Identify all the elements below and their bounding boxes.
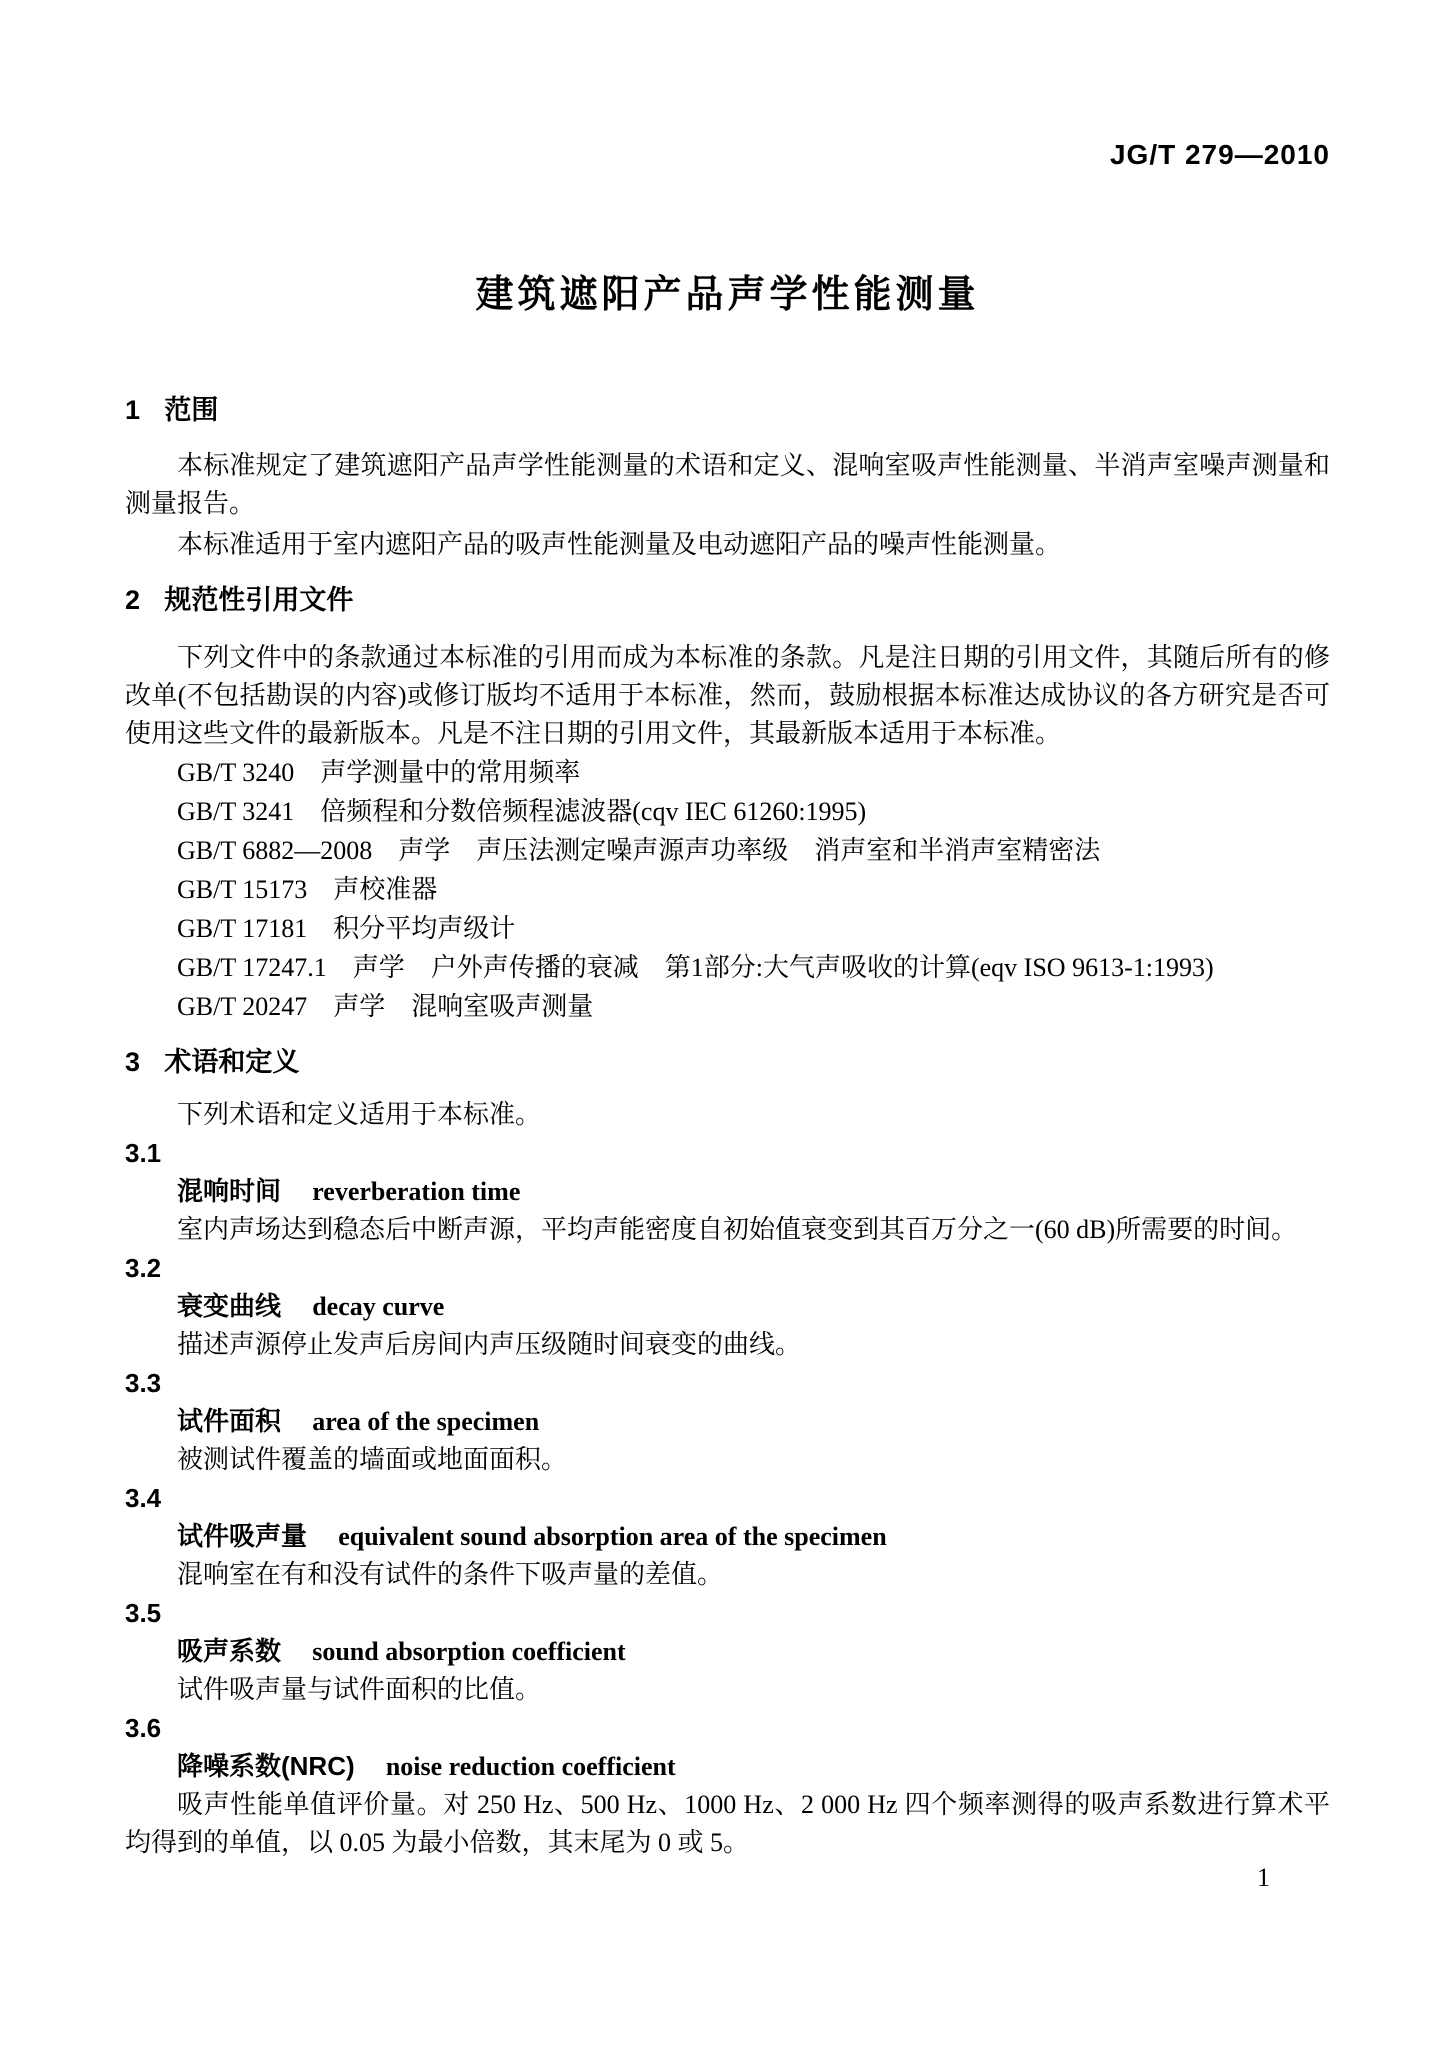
term-definition: 被测试件覆盖的墙面或地面面积。 (125, 1441, 1330, 1479)
section-1-paragraph-1: 本标准规定了建筑遮阳产品声学性能测量的术语和定义、混响室吸声性能测量、半消声室噪… (125, 447, 1330, 523)
term-title-line: 降噪系数(NRC)noise reduction coefficient (125, 1747, 1330, 1786)
term-definition: 室内声场达到稳态后中断声源，平均声能密度自初始值衰变到其百万分之一(60 dB)… (125, 1211, 1330, 1249)
page-number: 1 (1257, 1862, 1270, 1894)
term-title-line: 吸声系数sound absorption coefficient (125, 1632, 1330, 1671)
term-definition: 描述声源停止发声后房间内声压级随时间衰变的曲线。 (125, 1326, 1330, 1364)
reference-item: GB/T 17247.1 声学 户外声传播的衰减 第1部分:大气声吸收的计算(e… (125, 948, 1330, 987)
section-2-number: 2 (125, 585, 140, 615)
document-title: 建筑遮阳产品声学性能测量 (125, 271, 1330, 319)
term-clause-3-5: 3.5 吸声系数sound absorption coefficient 试件吸… (125, 1594, 1330, 1709)
terms-and-definitions: 下列术语和定义适用于本标准。 3.1 混响时间reverberation tim… (125, 1096, 1330, 1862)
terms-intro: 下列术语和定义适用于本标准。 (125, 1096, 1330, 1134)
reference-item: GB/T 17181 积分平均声级计 (125, 909, 1330, 948)
page-content: JG/T 279—2010 建筑遮阳产品声学性能测量 1范围 本标准规定了建筑遮… (125, 0, 1330, 1862)
normative-references-list: GB/T 3240 声学测量中的常用频率 GB/T 3241 倍频程和分数倍频程… (125, 753, 1330, 1026)
reference-item: GB/T 20247 声学 混响室吸声测量 (125, 987, 1330, 1026)
clause-number: 3.6 (125, 1709, 1330, 1747)
term-clause-3-6: 3.6 降噪系数(NRC)noise reduction coefficient… (125, 1709, 1330, 1862)
term-clause-3-3: 3.3 试件面积area of the specimen 被测试件覆盖的墙面或地… (125, 1364, 1330, 1479)
clause-number: 3.1 (125, 1134, 1330, 1172)
standard-code: JG/T 279—2010 (125, 139, 1330, 171)
term-english: decay curve (312, 1292, 444, 1321)
term-clause-3-2: 3.2 衰变曲线decay curve 描述声源停止发声后房间内声压级随时间衰变… (125, 1249, 1330, 1364)
section-2-title: 规范性引用文件 (164, 585, 353, 615)
term-title-line: 混响时间reverberation time (125, 1172, 1330, 1211)
reference-item: GB/T 3240 声学测量中的常用频率 (125, 753, 1330, 792)
clause-number: 3.5 (125, 1594, 1330, 1632)
term-chinese: 吸声系数 (177, 1636, 281, 1666)
term-chinese: 降噪系数(NRC) (177, 1751, 355, 1781)
section-3-title: 术语和定义 (164, 1047, 299, 1077)
term-title-line: 试件面积area of the specimen (125, 1402, 1330, 1441)
term-english: equivalent sound absorption area of the … (338, 1522, 886, 1551)
term-chinese: 试件吸声量 (177, 1521, 307, 1551)
term-chinese: 混响时间 (177, 1176, 281, 1206)
term-definition: 吸声性能单值评价量。对 250 Hz、500 Hz、1000 Hz、2 000 … (125, 1786, 1330, 1862)
section-1-heading: 1范围 (125, 392, 1330, 428)
term-definition: 混响室在有和没有试件的条件下吸声量的差值。 (125, 1556, 1330, 1594)
section-3-heading: 3术语和定义 (125, 1044, 1330, 1080)
section-2-heading: 2规范性引用文件 (125, 582, 1330, 618)
section-1-title: 范围 (164, 395, 218, 425)
section-2-paragraph-1: 下列文件中的条款通过本标准的引用而成为本标准的条款。凡是注日期的引用文件，其随后… (125, 639, 1330, 753)
term-chinese: 衰变曲线 (177, 1291, 281, 1321)
clause-number: 3.4 (125, 1479, 1330, 1517)
term-title-line: 试件吸声量equivalent sound absorption area of… (125, 1517, 1330, 1556)
term-clause-3-1: 3.1 混响时间reverberation time 室内声场达到稳态后中断声源… (125, 1134, 1330, 1249)
section-1-number: 1 (125, 395, 140, 425)
standard-document-page: JG/T 279—2010 建筑遮阳产品声学性能测量 1范围 本标准规定了建筑遮… (0, 0, 1448, 2048)
term-title-line: 衰变曲线decay curve (125, 1287, 1330, 1326)
section-3-number: 3 (125, 1047, 140, 1077)
term-english: area of the specimen (312, 1407, 539, 1436)
clause-number: 3.3 (125, 1364, 1330, 1402)
clause-number: 3.2 (125, 1249, 1330, 1287)
term-english: reverberation time (312, 1177, 520, 1206)
reference-item: GB/T 15173 声校准器 (125, 870, 1330, 909)
reference-item: GB/T 6882—2008 声学 声压法测定噪声源声功率级 消声室和半消声室精… (125, 831, 1330, 870)
term-english: noise reduction coefficient (386, 1752, 676, 1781)
term-clause-3-4: 3.4 试件吸声量equivalent sound absorption are… (125, 1479, 1330, 1594)
term-definition: 试件吸声量与试件面积的比值。 (125, 1671, 1330, 1709)
section-1-paragraph-2: 本标准适用于室内遮阳产品的吸声性能测量及电动遮阳产品的噪声性能测量。 (125, 526, 1330, 564)
reference-item: GB/T 3241 倍频程和分数倍频程滤波器(cqv IEC 61260:199… (125, 792, 1330, 831)
term-english: sound absorption coefficient (312, 1637, 625, 1666)
term-chinese: 试件面积 (177, 1406, 281, 1436)
